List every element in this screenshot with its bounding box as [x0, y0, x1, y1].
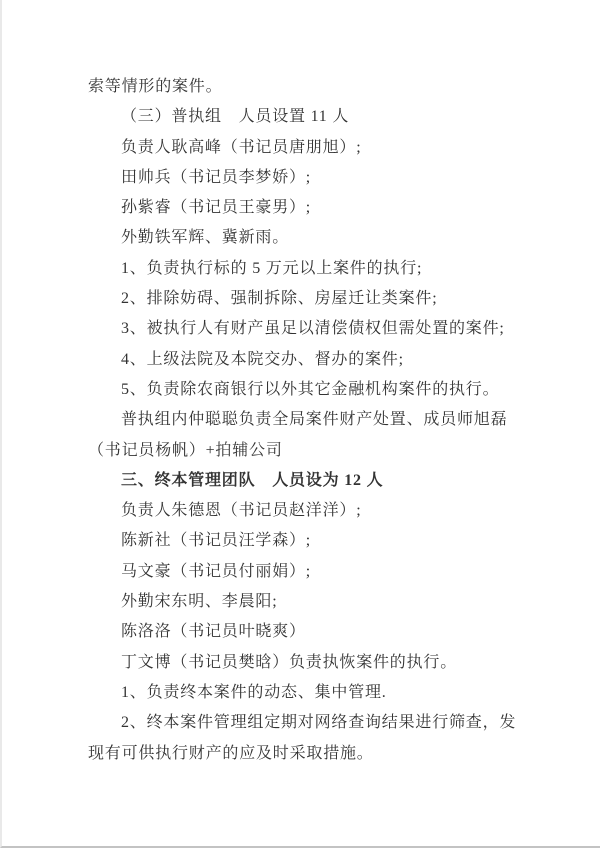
document-text-block: 索等情形的案件。 （三）普执组 人员设置 11 人 负责人耿高峰（书记员唐朋旭）… [88, 72, 528, 769]
document-page: 索等情形的案件。 （三）普执组 人员设置 11 人 负责人耿高峰（书记员唐朋旭）… [0, 0, 600, 848]
heading-group-three-puzhi: （三）普执组 人员设置 11 人 [88, 102, 528, 132]
line-duty-3: 3、被执行人有财产虽足以清偿债权但需处置的案件; [88, 314, 528, 344]
heading-team-zhongben: 三、终本管理团队 人员设为 12 人 [88, 466, 528, 496]
line-duty-4: 4、上级法院及本院交办、督办的案件; [88, 345, 528, 375]
line-fieldwork-tie-ji: 外勤铁军辉、冀新雨。 [88, 223, 528, 253]
line-leader-geng-gaofeng: 负责人耿高峰（书记员唐朋旭）; [88, 133, 528, 163]
line-fieldwork-song-li: 外勤宋东明、李晨阳; [88, 587, 528, 617]
line-property-disposal: 普执组内仲聪聪负责全局案件财产处置、成员师旭磊 [88, 405, 528, 435]
line-member-chen-luoluo: 陈洛洛（书记员叶晓爽） [88, 617, 528, 647]
line-case-types-continuation: 索等情形的案件。 [88, 72, 528, 102]
line-duty-1: 1、负责执行标的 5 万元以上案件的执行; [88, 254, 528, 284]
line-duty-2: 2、排除妨碍、强制拆除、房屋迁让类案件; [88, 284, 528, 314]
line-zb-duty-2-continuation: 现有可供执行财产的应及时采取措施。 [88, 739, 528, 769]
line-member-ma-wenhao: 马文豪（书记员付丽娟）; [88, 557, 528, 587]
line-member-tian-shuaibing: 田帅兵（书记员李梦娇）; [88, 163, 528, 193]
line-zb-duty-1: 1、负责终本案件的动态、集中管理. [88, 678, 528, 708]
line-property-disposal-continuation: （书记员杨帆）+拍辅公司 [88, 436, 528, 466]
line-member-ding-wenbo: 丁文博（书记员樊晗）负责执恢案件的执行。 [88, 648, 528, 678]
line-duty-5: 5、负责除农商银行以外其它金融机构案件的执行。 [88, 375, 528, 405]
line-zb-duty-2: 2、终本案件管理组定期对网络查询结果进行筛查，发 [88, 708, 528, 738]
line-member-sun-zirui: 孙紫睿（书记员王豪男）; [88, 193, 528, 223]
line-member-chen-xinshe: 陈新社（书记员汪学森）; [88, 526, 528, 556]
line-leader-zhu-deen: 负责人朱德恩（书记员赵洋洋）; [88, 496, 528, 526]
